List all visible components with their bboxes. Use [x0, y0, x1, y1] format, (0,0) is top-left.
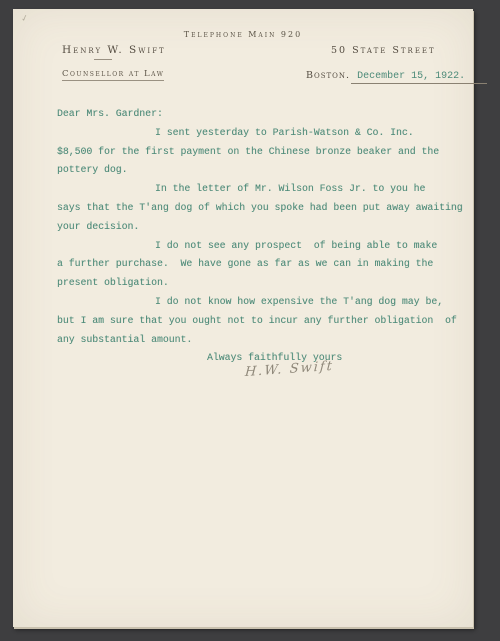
letter-page: ✓ Telephone Main 920 Henry W. Swift Coun…: [13, 9, 473, 627]
pencil-check-mark: ✓: [20, 12, 30, 24]
body-line: any substantial amount.: [57, 331, 469, 350]
body-line: In the letter of Mr. Wilson Foss Jr. to …: [57, 180, 469, 199]
body-line: a further purchase. We have gone as far …: [57, 255, 469, 274]
body-line: but I am sure that you ought not to incu…: [57, 312, 469, 331]
letterhead-left-block: Henry W. Swift Counsellor at Law: [62, 44, 166, 81]
letterhead-title: Counsellor at Law: [62, 69, 164, 81]
typed-date: December 15, 1922.: [351, 71, 487, 84]
body-line: $8,500 for the first payment on the Chin…: [57, 143, 469, 162]
letterhead-name: Henry W. Swift: [62, 44, 166, 56]
body-line: I sent yesterday to Parish-Watson & Co. …: [57, 124, 469, 143]
letter-body: Dear Mrs. Gardner: I sent yesterday to P…: [57, 105, 469, 380]
letterhead-city: Boston.: [306, 70, 350, 81]
body-line: I do not see any prospect of being able …: [57, 237, 469, 256]
body-line: I do not know how expensive the T'ang do…: [57, 293, 469, 312]
letterhead-telephone: Telephone Main 920: [13, 30, 473, 39]
letterhead-right-block: 50 State Street Boston.December 15, 1922…: [306, 45, 466, 84]
photo-background: ✓ Telephone Main 920 Henry W. Swift Coun…: [0, 0, 500, 641]
letterhead-divider: [94, 59, 112, 60]
body-line: present obligation.: [57, 274, 469, 293]
letterhead-address: 50 State Street: [331, 45, 466, 56]
body-line: says that the T'ang dog of which you spo…: [57, 199, 469, 218]
body-line: pottery dog.: [57, 161, 469, 180]
dateline: Boston.December 15, 1922.: [306, 65, 466, 84]
salutation: Dear Mrs. Gardner:: [57, 105, 469, 124]
body-line: your decision.: [57, 218, 469, 237]
